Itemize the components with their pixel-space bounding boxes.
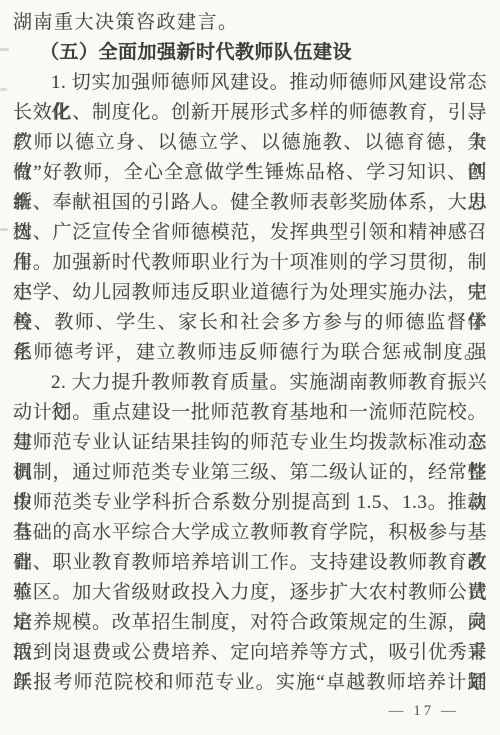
paragraph2-line: 验区。加大省级财政投入力度，逐步扩大农村教师公费定向 (13, 578, 487, 608)
paragraph2-line: 机制，通过师范类专业第三级、第二级认证的，经常性拨款 (13, 458, 487, 488)
paragraph1-line: 教师以德立身、以德立学、以德施教、以德育德，争做“四 (13, 128, 487, 158)
paragraph1-line: 小学、幼儿园教师违反职业道德行为处理实施办法，完善学 (13, 278, 487, 308)
paragraph2-line: 中师范类专业学科折合系数分别提高到 1.5、1.3。推动有 (13, 488, 487, 518)
paragraph2-line: 取到岗退费或公费培养、定向培养等方式，吸引优秀青年踊 (13, 638, 487, 668)
body-line-continuation: 湖南重大决策咨政建言。 (13, 8, 487, 38)
scanned-document-page: 湖南重大决策咨政建言。 （五）全面加强新时代教师队伍建设 1. 切实加强师德师风… (0, 0, 500, 735)
paragraph1-line: 维、奉献祖国的引路人。健全教师表彰奖励体系，大力选 (13, 188, 487, 218)
scan-artifact (0, 88, 7, 91)
paragraph2-line: 动计划。重点建设一批师范教育基地和一流师范院校。建立 (13, 398, 487, 428)
paragraph2-line: 基础的高水平综合大学成立教师教育学院，积极参与基础教 (13, 518, 487, 548)
scan-artifact (0, 228, 8, 231)
scan-artifact (0, 48, 9, 51)
paragraph1-line: 长效化、制度化。创新开展形式多样的师德教育，引导广大 (13, 98, 487, 128)
paragraph1-line-last: 化师德考评，建立教师违反师德行为联合惩戒制度。 (13, 338, 487, 368)
paragraph2-line: 育、职业教育教师培养培训工作。支持建设教师教育改革试 (13, 548, 487, 578)
paragraph1-line: 有”好教师，全心全意做学生锤炼品格、学习知识、创新思 (13, 158, 487, 188)
section-heading: （五）全面加强新时代教师队伍建设 (13, 38, 487, 68)
paragraph2-line: 培养规模。改革招生制度，对符合政策规定的生源，灵活采 (13, 608, 487, 638)
paragraph1-line: 校、教师、学生、家长和社会多方参与的师德监督体系。强 (13, 308, 487, 338)
paragraph2-line: 2. 大力提升教师教育质量。实施湖南教师教育振兴行 (13, 368, 487, 398)
page-number: — 17 — (13, 703, 487, 720)
paragraph2-line-last: 跃报考师范院校和师范专业。实施“卓越教师培养计划 (13, 668, 487, 698)
paragraph1-line: 树、广泛宣传全省师德模范，发挥典型引领和精神感召作 (13, 218, 487, 248)
paragraph1-line: 1. 切实加强师德师风建设。推动师德师风建设常态化、 (13, 68, 487, 98)
paragraph1-line: 用。加强新时代教师职业行为十项准则的学习贯彻，制定中 (13, 248, 487, 278)
paragraph2-line: 与师范专业认证结果挂钩的师范专业生均拨款标准动态调整 (13, 428, 487, 458)
